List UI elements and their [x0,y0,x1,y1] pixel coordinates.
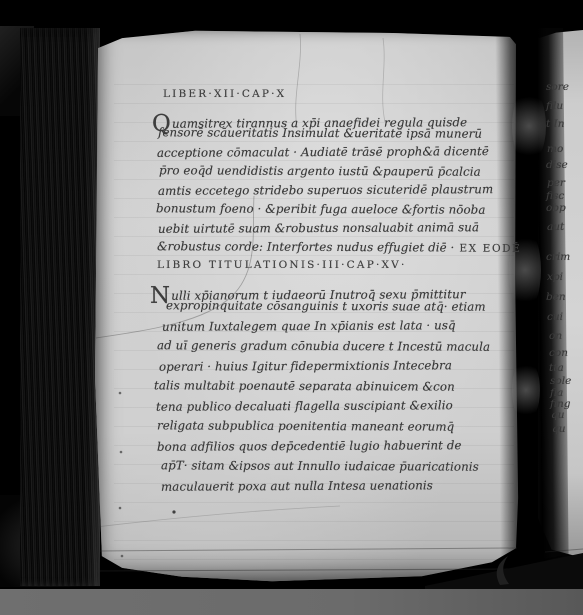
page-edge-text-fragment: sole [550,376,571,387]
text-line: talis multabit poenautē separata abinuic… [154,378,455,393]
text-line: ap̄T· sitam &ipsos aut Innullo iudaicae … [161,458,479,473]
page-edge-text-fragment: per [547,178,565,189]
text-line: bona adfilios quos dep̄cedentiē lugio ha… [157,438,462,454]
text-line: amtis eccetego stridebo superuos sicuter… [158,182,493,198]
text-line: unitum Iuxtalegem quae In xp̄ianis est l… [162,318,456,334]
gutter-highlight [512,88,546,164]
text-line: &robustus corde: Interfortes nudus effug… [157,239,522,255]
text-line: religata subpublica poenitentia maneant … [157,418,454,433]
page-edge-text-fragment: con [549,348,568,359]
text-line: p̄ro eoq̄d uendidistis argento iustū &pa… [159,163,481,178]
page-edge-text-fragment: ben [546,292,566,303]
text-line: bonustum foeno · &peribit fuga aueloce &… [156,201,486,216]
text-line: tena publico decaluati flagella suscipia… [156,398,453,414]
page-edge-text-fragment: on [549,331,562,342]
ex-eodem-rubric: EX EODĒ [459,243,521,255]
spine-page-edges [20,28,100,586]
page-edge-text-fragment: tta [549,363,564,374]
page-edge-text-fragment: filu [546,101,563,112]
page-edge-text-fragment: qu [552,424,565,435]
page-edge-text-fragment: obp [546,203,566,214]
text-line: fensorē scāueritatis Insimulat &ueritatē… [158,125,482,140]
text-line: operari · huius Igitur fidepermixtionis … [159,358,452,374]
text-line: uebit uirtutē suam &robustus nonsaluabit… [158,220,479,236]
page-edge-text-fragment: qu [551,410,564,421]
photo-bottom-mat-bar [0,589,583,615]
page-edge-text-fragment: crim [546,252,570,263]
text-line: expropinquitate cōsanguinis t uxoris sua… [166,298,486,313]
page-edge-text-fragment: aut [547,222,564,233]
text-line: maculauerit poxa aut nulla Intesa uenati… [161,478,433,493]
chapter-heading: LIBRO TITULATIONIS·III·CAP·XV· [157,259,407,271]
page-edge-text-fragment: fla [550,388,563,399]
page-edge-text-fragment: cui [547,312,563,323]
page-edge-text-fragment: fisc [546,191,564,202]
page-edge-text-fragment: mo [547,144,563,155]
manuscript-photo: LIBER·XII·CAP·X Quamsitrex tirannus a xp… [0,0,583,615]
text-line: acceptione cōmaculat · Audiatē trāsē pro… [157,144,489,160]
page-edge-text-fragment: fing [550,399,571,410]
page-edge-text-fragment: dise [546,160,568,171]
page-edge-text-fragment: sore [546,82,569,93]
text-line-body: &robustus corde: Interfortes nudus effug… [157,239,454,254]
page-edge-text-fragment: t In [546,119,564,130]
text-line: ad uī generis gradum cōnubia ducere t In… [157,338,490,353]
chapter-heading: LIBER·XII·CAP·X [163,88,286,100]
page-edge-text-fragment: xpi [547,272,563,283]
gutter-highlight [512,358,540,422]
